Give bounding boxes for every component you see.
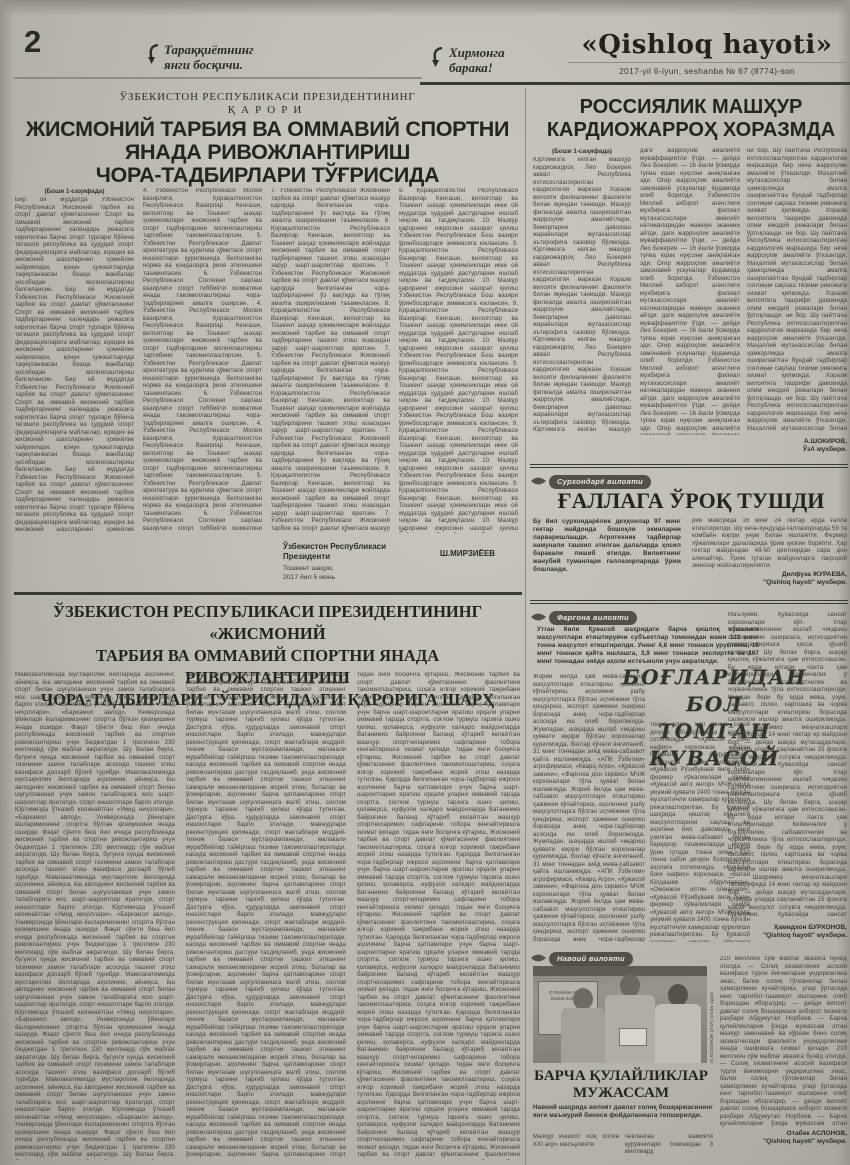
cardio-continued-note: (Боши 1-саҳифада)	[533, 148, 631, 155]
tax-column-right: 210 миллион сўм маблағ эвазига бунёд эти…	[720, 956, 847, 1128]
sharh-column-1: Мамлакатимизда мустақиллик йилларида аҳо…	[15, 672, 175, 1160]
harvest-signature-role: "Qishloq hayoti" мухбири.	[692, 579, 847, 587]
newspaper-page: 2 Тараққиётнинг янги босқичи. Хирмонга б…	[0, 0, 850, 1165]
harvest-bottom-rule-1	[530, 600, 848, 601]
cardio-bottom-rule-2	[530, 467, 848, 468]
scan-shadow-left	[0, 0, 14, 1165]
decree-column-2: 4. Ўзбекистон Республикаси Молия вазирли…	[143, 188, 262, 533]
slogan-right-line1: Хирмонга	[449, 45, 505, 60]
decree-sign-date: 2017 йил 5 июнь	[283, 574, 335, 583]
cardio-title-line1: РОССИЯЛИК МАШҲУР	[532, 96, 850, 119]
decree-title-line2: ЯНАДА РИВОЖЛАНТИРИШ	[15, 141, 520, 164]
slogan-left-line1: Тараққиётнинг	[164, 42, 254, 57]
decree-sign-place: Тошкент шаҳри,	[283, 565, 334, 574]
decree-signer-org: Ўзбекистон Республикаси Президенти	[283, 542, 386, 561]
tax-lead: Навоий шаҳрида вилоят давлат солиқ бошқа…	[533, 1104, 713, 1130]
cardio-title: РОССИЯЛИК МАШҲУР КАРДИОЖАРРОҲ ХОРАЗМДА	[532, 96, 850, 142]
slogan-arrow-icon	[432, 47, 444, 74]
slogan-right: Хирмонга барака!	[449, 45, 505, 75]
scan-shadow-top	[0, 0, 850, 16]
photo-person-left	[561, 988, 605, 1063]
photo-person-right-head	[668, 984, 688, 1006]
sharh-column-3: тидан янги босқичга кўтариш, Жисмоний та…	[357, 672, 520, 1160]
decree-signer-name: Ш.МИРЗИЁЕВ	[415, 549, 520, 559]
tax-title-line1: БАРЧА ҚУЛАЙЛИКЛАР	[531, 1068, 711, 1085]
photo-person-left-body	[561, 1008, 605, 1063]
decree-kicker2: ҚАРОРИ	[15, 104, 520, 116]
quvasoy-signature-role: "Qishloq hayoti" мухбири.	[728, 932, 847, 940]
decree-continued-note: (Боши 1-саҳифада)	[15, 188, 134, 195]
quvasoy-region-tag-label: Фарғона вилояти	[549, 611, 637, 625]
photo: O'zbekiston Res… Davlat Soliq Q…	[533, 966, 707, 1063]
harvest-column-2: рий мавсумда 16 минг 24 гектар ерда ғалл…	[692, 518, 847, 570]
masthead-rule	[568, 62, 846, 63]
photo-person-left-head	[573, 988, 593, 1010]
harvest-title: ҒАЛЛАГА ЎРОҚ ТУШДИ	[532, 488, 850, 514]
dateline: 2017-yil 6-iyun, seshanba № 67 (8774)-so…	[568, 66, 846, 76]
sharh-title-line1: ЎЗБЕКИСТОН РЕСПУБЛИКАСИ ПРЕЗИДЕНТИНИНГ «…	[15, 601, 520, 645]
cardio-column-1: Юртимизга келган машҳур кардиожарроҳ Лео…	[533, 157, 631, 435]
tax-signature-name: Отабек АСЛОНОВ,	[720, 1130, 847, 1138]
slogan-left-line2: янги босқичи.	[164, 57, 254, 72]
decree-column-3: 7. Ўзбекистон Республикаси Жисмоний тарб…	[271, 188, 390, 533]
header-rule-left	[14, 77, 422, 79]
tax-region-tag-label: Навоий вилояти	[549, 952, 633, 966]
cardio-signature-role: ЎзА мухбири.	[747, 446, 847, 454]
quvasoy-signature: Ҳамидхон БУРХОНОВ, "Qishloq hayoti" мухб…	[728, 924, 847, 940]
decree-signer-org-line2: Президенти	[283, 552, 386, 562]
tax-signature: Отабек АСЛОНОВ, "Qishloq hayoti" мухбири…	[720, 1130, 847, 1146]
header-rule-right	[420, 82, 850, 85]
decree-bottom-rule	[14, 592, 522, 595]
decree-column-4: 9. Қорақалпоғистон Республикаси Вазирлар…	[399, 188, 518, 533]
cardio-signature-name: А.ШОКИРОВ,	[747, 438, 847, 446]
region-tag-arrow-icon	[531, 609, 547, 627]
tax-column-2: чекланган жамияти қурувчилари томонидан …	[625, 1134, 713, 1162]
cardio-signature: А.ШОКИРОВ, ЎзА мухбири.	[747, 438, 847, 454]
tax-signature-role: "Qishloq hayoti" мухбири.	[720, 1138, 847, 1146]
sharh-column-2: касида жисмоний тарбия ва оммавий спортн…	[186, 672, 346, 1160]
decree-title-line3: ЧОРА-ТАДБИРЛАРИ ТЎҒРИСИДА	[15, 164, 520, 187]
decree-title-line1: ЖИСМОНИЙ ТАРБИЯ ВА ОММАВИЙ СПОРТНИ	[15, 118, 520, 141]
harvest-bottom-rule-2	[530, 603, 848, 604]
decree-title: ЖИСМОНИЙ ТАРБИЯ ВА ОММАВИЙ СПОРТНИ ЯНАДА…	[15, 118, 520, 187]
quvasoy-signature-name: Ҳамидхон БУРХОНОВ,	[728, 924, 847, 932]
cardio-bottom-rule-1	[530, 464, 848, 465]
quvasoy-column-right: Маълумки, Қувасойда саноат корхоналари к…	[728, 612, 847, 920]
harvest-signature-name: Дилфуза ЖУРАЕВА,	[692, 571, 847, 579]
cardio-column-2: даги жарроҳлик амалиёти муваффақиятли ўт…	[640, 148, 740, 435]
page-number: 2	[24, 24, 41, 60]
tax-title: БАРЧА ҚУЛАЙЛИКЛАР МУЖАССАМ	[531, 1068, 711, 1102]
photo-person-right	[655, 984, 701, 1063]
photo-credit: О.АСЛОНОВ (ЎзА) олган сурат	[709, 966, 714, 1063]
slogan-right-line2: барака!	[449, 60, 505, 75]
tax-title-line2: МУЖАССАМ	[531, 1085, 711, 1102]
harvest-lead: Бу йил сурхондарёлик деҳқонлар 97 минг г…	[533, 518, 681, 580]
masthead: «Qishloq hayoti»	[568, 30, 846, 60]
photo-person-center	[605, 974, 655, 1063]
cardio-title-line2: КАРДИОЖАРРОҲ ХОРАЗМДА	[532, 119, 850, 142]
harvest-signature: Дилфуза ЖУРАЕВА, "Qishloq hayoti" мухбир…	[692, 571, 847, 587]
quvasoy-column-1: Жорий йилда ҳам мева-сабзавот маҳсулотла…	[533, 674, 645, 942]
photo-person-right-body	[655, 1004, 701, 1063]
column-gutter-rule	[525, 88, 526, 1165]
slogan-left: Тараққиётнинг янги босқичи.	[164, 42, 254, 72]
decree-kicker: ЎЗБЕКИСТОН РЕСПУБЛИКАСИ ПРЕЗИДЕНТИНИНГ	[15, 91, 520, 103]
photo-person-center-head	[620, 974, 640, 997]
photo-booklet	[619, 1028, 647, 1046]
harvest-region-tag-label: Сурхондарё вилояти	[549, 475, 651, 489]
decree-signer-org-line1: Ўзбекистон Республикаси	[283, 542, 386, 552]
cardio-column-3: ни бор. Шу пайтгача Республика ихтисосла…	[747, 148, 847, 431]
decree-column-1: Бир ой муддатда Ўзбекистон Республикаси …	[15, 197, 134, 533]
quvasoy-region-tag: Фарғона вилояти	[531, 609, 637, 627]
tax-column-1: Мазкур иншоот «Оқ олтин XXI аср» масъули…	[533, 1134, 619, 1162]
slogan-arrow-icon	[148, 44, 160, 71]
